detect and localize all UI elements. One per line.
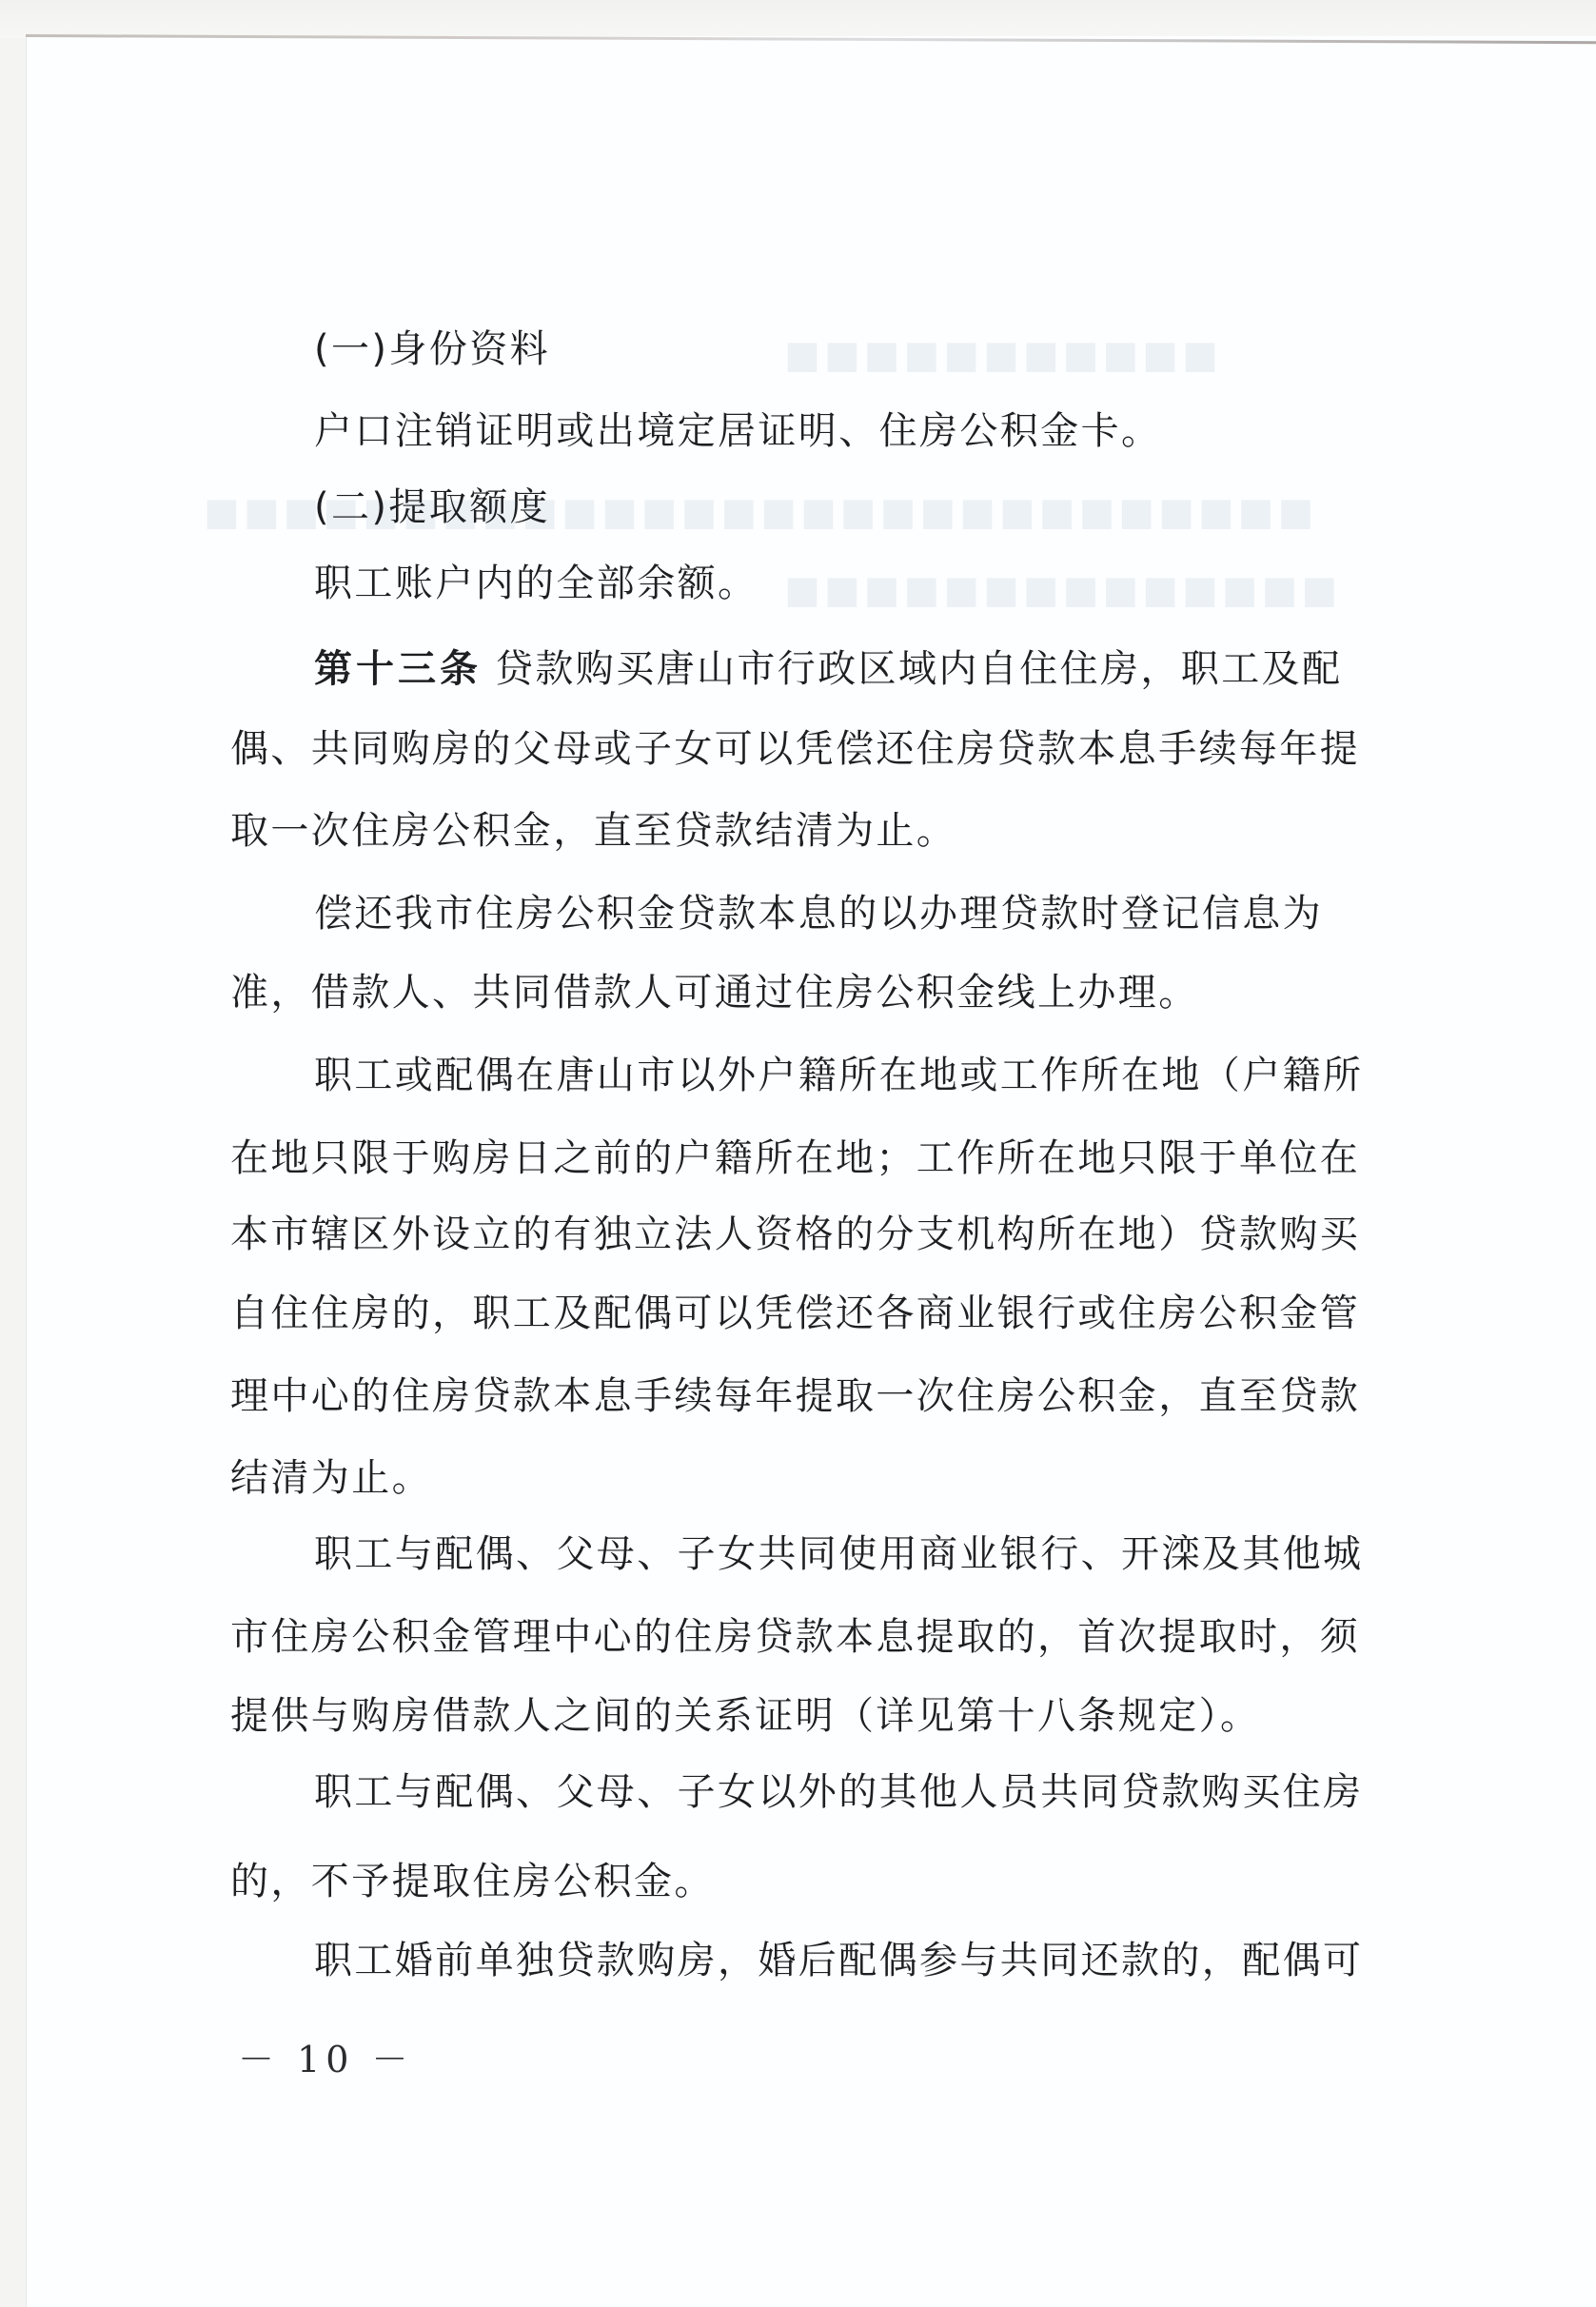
paragraph-line: 户口注销证明或出境定居证明、住房公积金卡。 bbox=[314, 408, 1161, 454]
paragraph-line: 理中心的住房贷款本息手续每年提取一次住房公积金，直至贷款 bbox=[230, 1373, 1360, 1419]
section-heading-identity: (一)身份资料 bbox=[314, 326, 550, 372]
paragraph-line: 职工账户内的全部余额。 bbox=[314, 561, 758, 606]
paragraph-line: 偶、共同购房的父母或子女可以凭偿还住房贷款本息手续每年提 bbox=[230, 726, 1360, 772]
paragraph-line: 市住房公积金管理中心的住房贷款本息提取的，首次提取时，须 bbox=[230, 1614, 1360, 1660]
paragraph-line: 提供与购房借款人之间的关系证明（详见第十八条规定）。 bbox=[230, 1693, 1260, 1739]
paragraph-line: 准，借款人、共同借款人可通过住房公积金线上办理。 bbox=[230, 970, 1199, 1015]
paragraph-line: 取一次住房公积金，直至贷款结清为止。 bbox=[230, 808, 956, 854]
bleed-through-text: ■■■■■■■■■■■■■■ bbox=[780, 568, 1337, 612]
paragraph-line: 结清为止。 bbox=[230, 1455, 432, 1501]
paragraph-line: 自住住房的，职工及配偶可以凭偿还各商业银行或住房公积金管 bbox=[230, 1291, 1360, 1336]
page-number: － 10 － bbox=[238, 2030, 414, 2082]
paragraph-line: 职工与配偶、父母、子女以外的其他人员共同贷款购买住房 bbox=[314, 1769, 1363, 1815]
paragraph-line: 职工与配偶、父母、子女共同使用商业银行、开滦及其他城 bbox=[314, 1531, 1363, 1577]
article-label: 第十三条 bbox=[314, 647, 482, 691]
paragraph-line: 职工婚前单独贷款购房，婚后配偶参与共同还款的，配偶可 bbox=[314, 1938, 1363, 1983]
section-heading-withdrawal-amount: (二)提取额度 bbox=[314, 484, 550, 530]
scanner-margin-band bbox=[0, 0, 1596, 38]
article-13-first-line: 第十三条贷款购买唐山市行政区域内自住住房，职工及配 bbox=[314, 646, 1342, 692]
paragraph-line: 的，不予提取住房公积金。 bbox=[230, 1859, 715, 1904]
paragraph-line: 职工或配偶在唐山市以外户籍所在地或工作所在地（户籍所 bbox=[314, 1053, 1363, 1098]
bleed-through-text: ■■■■■■■■■■■ bbox=[780, 333, 1218, 377]
paragraph-text: 贷款购买唐山市行政区域内自住住房，职工及配 bbox=[495, 647, 1342, 691]
paragraph-line: 在地只限于购房日之前的户籍所在地；工作所在地只限于单位在 bbox=[230, 1135, 1360, 1181]
paragraph-line: 偿还我市住房公积金贷款本息的以办理贷款时登记信息为 bbox=[314, 891, 1323, 937]
paragraph-line: 本市辖区外设立的有独立法人资格的分支机构所在地）贷款购买 bbox=[230, 1212, 1360, 1257]
